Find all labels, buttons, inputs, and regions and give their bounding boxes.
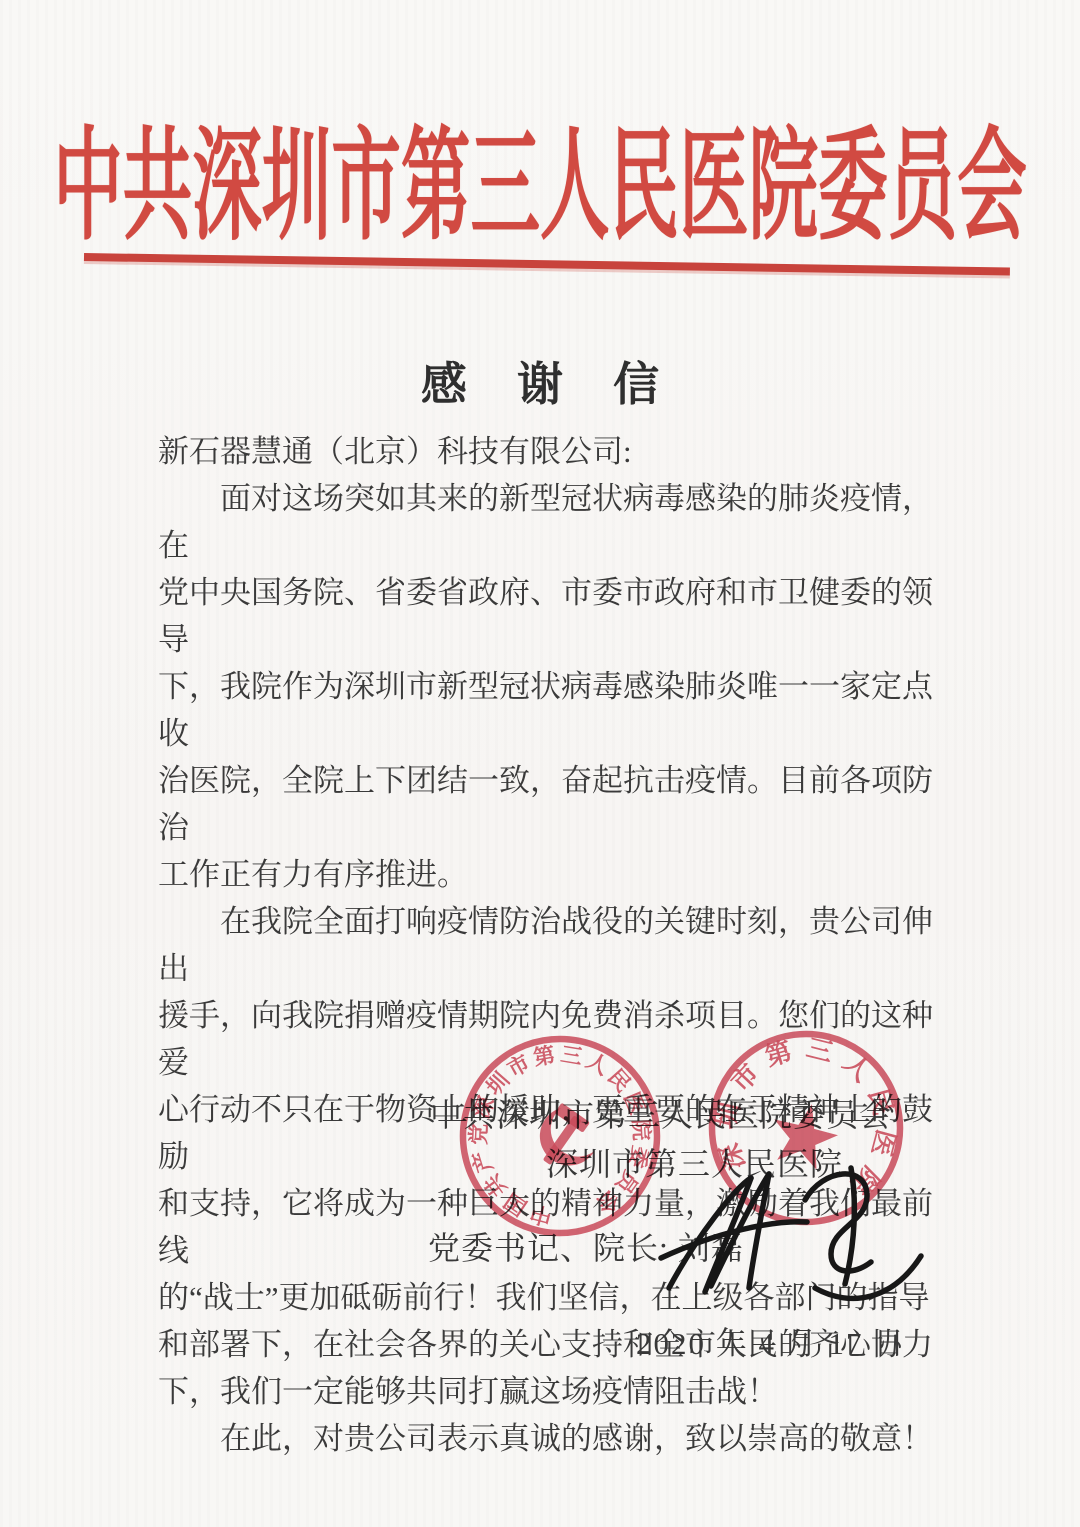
stamp-ring-text: 中国共产党深圳市第三人民医院委员会: [450, 1027, 668, 1241]
letterhead: 中共深圳市第三人民医院委员会: [0, 88, 1080, 263]
handwritten-signature: [655, 1158, 930, 1313]
paragraph-3: 在此，对贵公司表示真诚的感谢，致以崇高的敬意！: [158, 1415, 958, 1462]
hammer-sickle-icon: [521, 1098, 597, 1174]
letter-page: 中共深圳市第三人民医院委员会 感 谢 信 新石器慧通（北京）科技有限公司: 面对…: [0, 0, 1080, 1527]
paragraph-1: 面对这场突如其来的新型冠状病毒感染的肺炎疫情，在 党中央国务院、省委省政府、市委…: [158, 475, 958, 898]
date-line: 2020 年 4 月 17 日: [636, 1318, 906, 1363]
letter-title: 感 谢 信: [0, 348, 1080, 414]
letterhead-title: 中共深圳市第三人民医院委员会: [53, 88, 1027, 263]
party-committee-stamp: 中国共产党深圳市第三人民医院委员会: [435, 1011, 685, 1261]
recipient-line: 新石器慧通（北京）科技有限公司:: [158, 428, 958, 475]
signature-stroke: [805, 1174, 871, 1271]
